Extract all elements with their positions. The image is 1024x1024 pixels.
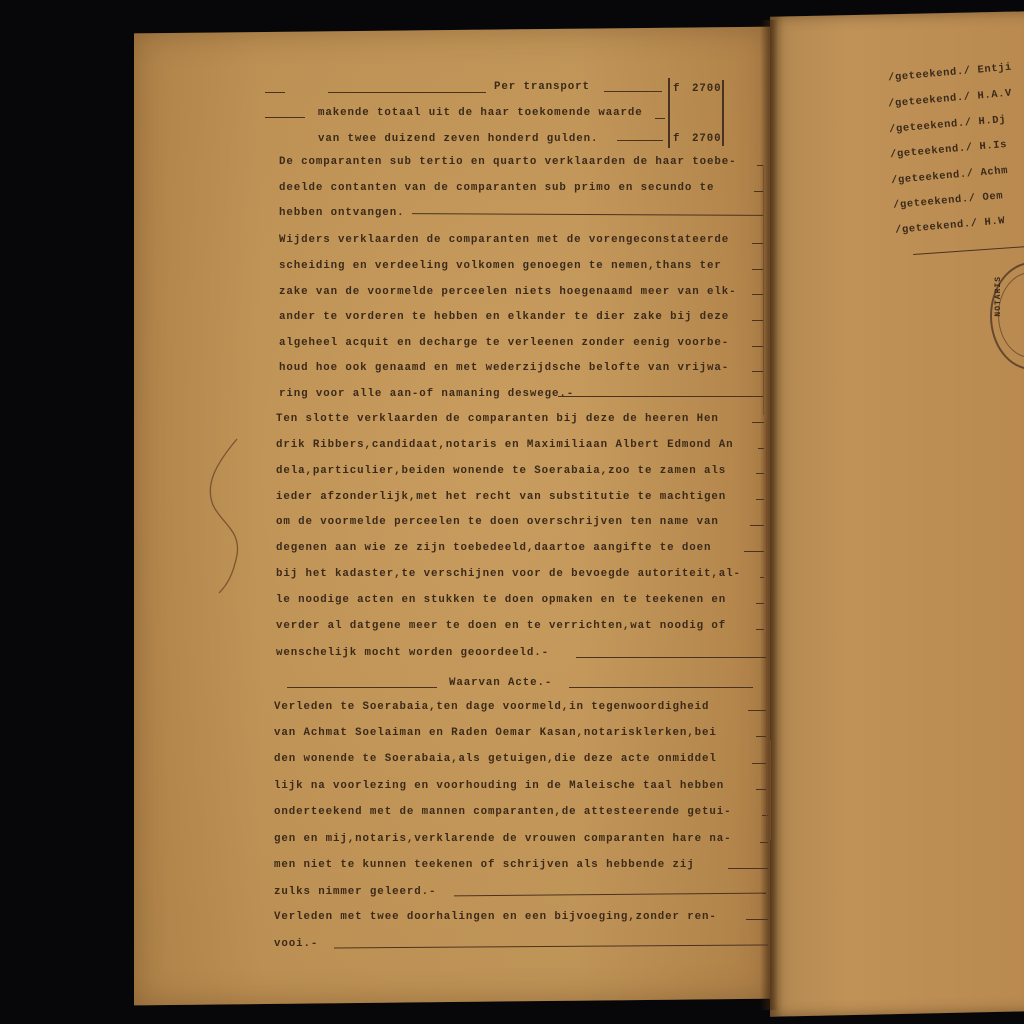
deed-line: hebben ontvangen. [279,208,404,219]
rule [617,140,663,141]
hair-fiber-mark [205,435,245,595]
signature-name: H.Dj [978,114,1007,128]
deed-line: verder al datgene meer te doen en te ver… [276,621,726,632]
deed-line: ring voor alle aan-of namaning deswege.- [279,389,574,400]
deed-line: wenschelijk mocht worden geoordeeld.- [276,648,549,659]
rule [744,551,764,552]
margin-bracket-line [766,420,767,840]
amount-per-transport: 2700 [692,84,722,95]
rule [558,396,764,397]
deed-line: bij het kadaster,te verschijnen voor de … [276,569,741,580]
deed-line: vooi.- [274,939,318,950]
right-page [770,11,1024,1016]
deed-line: drik Ribbers,candidaat,notaris en Maximi… [276,440,734,451]
deed-line: Verleden met twee doorhalingen en een bi… [274,912,717,923]
deed-line: houd hoe ook genaamd en met wederzijdsch… [279,363,729,374]
section-heading-waarvan-acte: Waarvan Acte.- [449,678,552,689]
rule [604,91,662,92]
rule [760,842,768,843]
deed-line: algeheel acquit en decharge te verleenen… [279,338,729,349]
rule [265,92,285,93]
rule [752,422,764,423]
rule [756,473,764,474]
rule [746,919,768,920]
rule [569,687,753,688]
rule [287,687,437,688]
deed-line: den wonende te Soerabaia,als getuigen,di… [274,754,717,765]
deed-line: deelde contanten van de comparanten sub … [279,183,714,194]
amount-column-rule [668,78,670,148]
deed-line: le noodige acten en stukken te doen opma… [276,595,726,606]
rule [265,117,305,118]
deed-line: onderteekend met de mannen comparanten,d… [274,807,732,818]
rule [748,710,766,711]
deed-line: lijk na voorlezing en voorhouding in de … [274,781,724,792]
amount-column-rule [722,80,724,146]
rule [756,736,766,737]
rule [756,603,764,604]
deed-line: dela,particulier,beiden wonende te Soera… [276,466,726,477]
rule [752,763,766,764]
rule [756,629,764,630]
deed-line: van Achmat Soelaiman en Raden Oemar Kasa… [274,728,717,739]
rule [655,118,665,119]
deed-line: Ten slotte verklaarden de comparanten bi… [276,414,719,425]
rule [750,525,764,526]
rule [576,657,766,658]
deed-line: ieder afzonderlijk,met het recht van sub… [276,492,726,503]
rule [760,577,764,578]
rule [328,92,486,93]
currency-symbol: f [673,134,680,145]
margin-bracket-line [770,740,771,840]
deed-line: men niet te kunnen teekenen of schrijven… [274,860,695,871]
margin-bracket-line [763,165,764,415]
deed-line: scheiding en verdeeling volkomen genoege… [279,261,722,272]
deed-line: zulks nimmer geleerd.- [274,887,436,898]
rule [756,499,764,500]
transport-line-3: van twee duizend zeven honderd gulden. [318,134,598,145]
rule [756,789,766,790]
deed-line: Wijders verklaarden de comparanten met d… [279,235,729,246]
transport-line-2: makende totaal uit de haar toekomende wa… [318,108,643,119]
currency-symbol: f [673,84,680,95]
deed-line: gen en mij,notaris,verklarende de vrouwe… [274,834,732,845]
deed-line: Verleden te Soerabaia,ten dage voormeld,… [274,702,709,713]
signature-name: Oem [982,190,1004,204]
per-transport-label: Per transport [494,82,590,93]
deed-line: zake van de voormelde perceelen niets ho… [279,287,737,298]
signature-name: H.Is [979,139,1008,153]
amount-total: 2700 [692,134,722,145]
signature-name: Achm [980,165,1009,179]
notary-stamp-text: NOTARIS [994,276,1003,317]
rule [728,868,768,869]
deed-line: degenen aan wie ze zijn toebedeeld,daart… [276,543,711,554]
rule [758,448,764,449]
signature-name: H.W [984,215,1006,229]
deed-line: om de voormelde perceelen te doen oversc… [276,517,719,528]
deed-line: De comparanten sub tertio en quarto verk… [279,157,737,168]
deed-line: ander te vorderen te hebben en elkander … [279,312,729,323]
